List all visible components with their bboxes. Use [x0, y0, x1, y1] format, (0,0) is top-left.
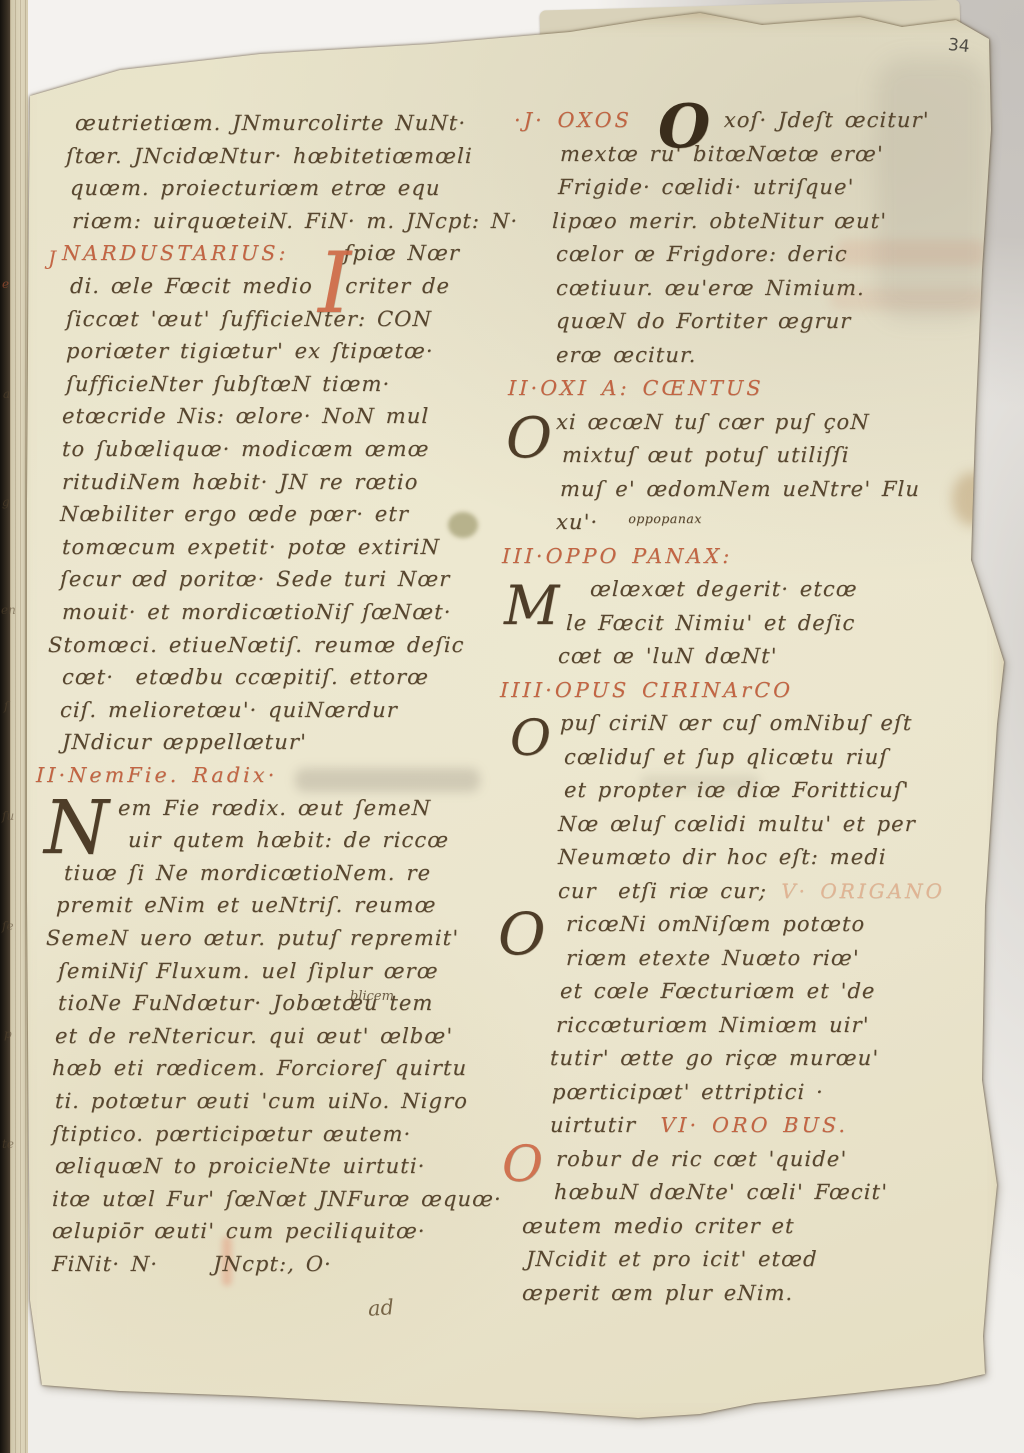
initial-M-oppopanax: M — [504, 582, 559, 631]
initial-N-nemfie: N — [44, 795, 109, 862]
initials-layer: INOOMOOO — [0, 0, 1024, 1453]
initial-O-origani: O — [498, 908, 546, 960]
page-wrap: 34 œutrietiœm. JNmurcolirte NuNt·ſtœr. J… — [0, 0, 1024, 1453]
initial-O-oxos: O — [658, 100, 710, 154]
initial-O-opus: O — [510, 716, 551, 761]
manuscript-page: 34 œutrietiœm. JNmurcolirte NuNt·ſtœr. J… — [0, 0, 1024, 1453]
initial-O-orobus: O — [502, 1142, 546, 1187]
initial-O-oxia: O — [506, 414, 552, 464]
catchword: ad — [367, 1295, 395, 1321]
manuscript-photo: 34 œutrietiœm. JNmurcolirte NuNt·ſtœr. J… — [0, 0, 1024, 1453]
initial-I-rubric: I — [318, 246, 354, 322]
